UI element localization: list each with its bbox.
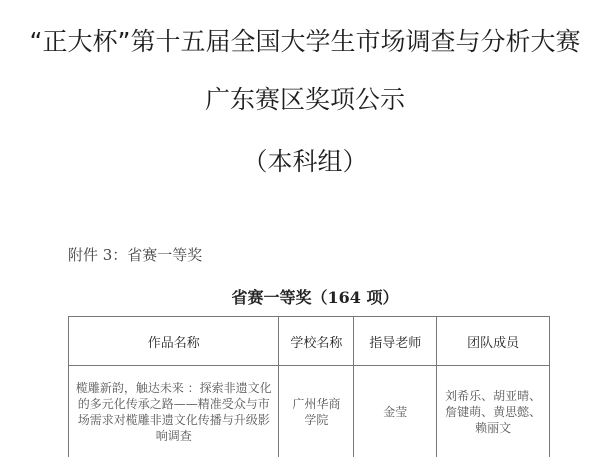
cell-school: 广州华商学院: [279, 366, 354, 457]
document-subtitle: 广东赛区奖项公示: [0, 80, 610, 116]
table-header-row: 作品名称 学校名称 指导老师 团队成员: [69, 317, 550, 366]
header-work-title: 作品名称: [69, 317, 279, 366]
section-title: 省赛一等奖（164 项）: [0, 285, 610, 308]
document-title: “正大杯”第十五届全国大学生市场调查与分析大赛: [0, 22, 610, 58]
header-advisor: 指导老师: [354, 317, 437, 366]
table-row: 榄雕新韵，触达未来 ：探索非遗文化的多元化传承之路——精准受众与市场需求对榄雕非…: [69, 366, 550, 457]
document-group-label: （本科组）: [0, 142, 610, 178]
cell-work-title: 榄雕新韵，触达未来 ：探索非遗文化的多元化传承之路——精准受众与市场需求对榄雕非…: [69, 366, 279, 457]
attachment-label: 附件 3：省赛一等奖: [68, 244, 202, 265]
cell-members: 刘希乐、胡亚晴、詹键萌、黄思懿、赖丽文: [437, 366, 550, 457]
cell-advisor: 金莹: [354, 366, 437, 457]
header-members: 团队成员: [437, 317, 550, 366]
awards-table: 作品名称 学校名称 指导老师 团队成员 榄雕新韵，触达未来 ：探索非遗文化的多元…: [68, 316, 550, 457]
header-school: 学校名称: [279, 317, 354, 366]
